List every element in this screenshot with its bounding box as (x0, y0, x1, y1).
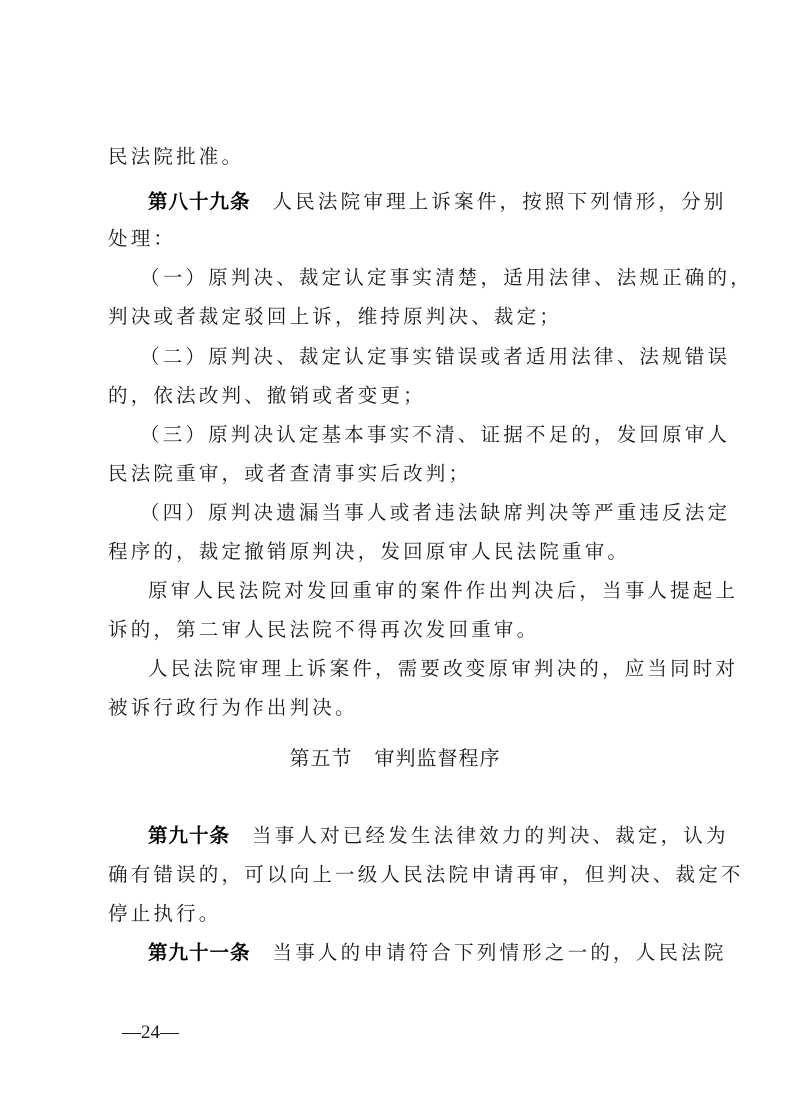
text-line: 程序的，裁定撤销原判决，发回原审人民法院重审。 (108, 538, 693, 566)
clause-3-line: （三）原判决认定基本事实不清、证据不足的，发回原审人 (140, 421, 725, 449)
article-text: 当事人对已经发生法律效力的判决、裁定，认为 (252, 824, 729, 847)
article-label: 第九十条 (148, 824, 230, 847)
text-line: 民法院批准。 (108, 143, 693, 171)
text-line: 处理： (108, 225, 693, 253)
article-91-heading-line: 第九十一条当事人的申请符合下列情形之一的，人民法院 (148, 939, 693, 967)
article-label: 第九十一条 (148, 941, 251, 964)
page-number: —24— (122, 1021, 179, 1045)
article-89-heading-line: 第八十九条人民法院审理上诉案件，按照下列情形，分别 (148, 188, 693, 216)
text-line: 判决或者裁定驳回上诉，维持原判决、裁定； (108, 303, 693, 331)
clause-1-line: （一）原判决、裁定认定事实清楚，适用法律、法规正确的， (140, 264, 725, 292)
section-title: 审判监督程序 (375, 746, 501, 770)
text-line: 被诉行政行为作出判决。 (108, 694, 693, 722)
text-line: 的，依法改判、撤销或者变更； (108, 382, 693, 410)
article-text: 当事人的申请符合下列情形之一的，人民法院 (273, 941, 727, 964)
article-text: 人民法院审理上诉案件，按照下列情形，分别 (273, 190, 727, 213)
paragraph-line: 原审人民法院对发回重审的案件作出判决后，当事人提起上 (148, 577, 693, 605)
text-line: 民法院重审，或者查清事实后改判； (108, 460, 693, 488)
clause-4-line: （四）原判决遗漏当事人或者违法缺席判决等严重违反法定 (140, 499, 725, 527)
paragraph-line: 人民法院审理上诉案件，需要改变原审判决的，应当同时对 (148, 655, 693, 683)
section-heading: 第五节审判监督程序 (0, 744, 790, 772)
text-line: 停止执行。 (108, 900, 693, 928)
article-90-heading-line: 第九十条当事人对已经发生法律效力的判决、裁定，认为 (148, 822, 693, 850)
text-line: 确有错误的，可以向上一级人民法院申请再审，但判决、裁定不 (108, 861, 693, 889)
section-number: 第五节 (290, 746, 353, 770)
document-page: 民法院批准。 第八十九条人民法院审理上诉案件，按照下列情形，分别 处理： （一）… (0, 0, 790, 1118)
article-label: 第八十九条 (148, 190, 251, 213)
clause-2-line: （二）原判决、裁定认定事实错误或者适用法律、法规错误 (140, 343, 725, 371)
text-line: 诉的，第二审人民法院不得再次发回重审。 (108, 616, 693, 644)
